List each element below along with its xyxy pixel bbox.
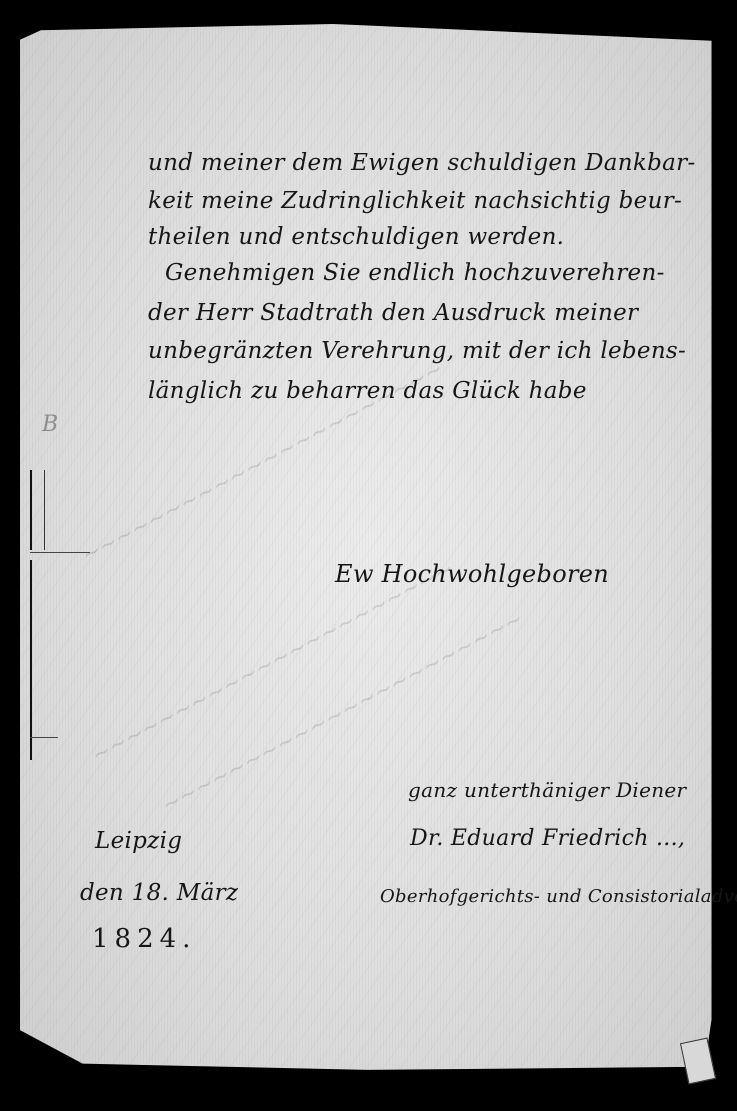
signature-name: Dr. Eduard Friedrich ..., [410, 826, 685, 851]
page-fold-edge [30, 560, 44, 760]
letter-body-line: und meiner dem Ewigen schuldigen Dankbar… [148, 150, 696, 176]
letter-date: den 18. März [80, 880, 238, 906]
salutation-closing: Ew Hochwohlgeboren [335, 560, 609, 588]
paper-crack [30, 737, 58, 738]
letter-body-line: keit meine Zudringlichkeit nachsichtig b… [148, 188, 682, 214]
page-fold-edge [30, 470, 45, 550]
torn-corner [680, 1038, 716, 1085]
letter-body-line: theilen und entschuldigen werden. [148, 224, 564, 250]
letter-body-line: der Herr Stadtrath den Ausdruck meiner [148, 300, 638, 326]
letter-place: Leipzig [95, 828, 182, 854]
letter-body-line: länglich zu beharren das Glück habe [148, 378, 587, 404]
margin-mark: B [42, 412, 58, 437]
signature-line: ganz unterthäniger Diener [408, 778, 686, 802]
letter-body-line: unbegränzten Verehrung, mit der ich lebe… [148, 338, 686, 364]
letter-year: 1824. [92, 924, 196, 954]
letter-body-line: Genehmigen Sie endlich hochzuverehren- [165, 260, 665, 286]
signature-title: Oberhofgerichts- und Consistorialadvocat… [380, 886, 737, 907]
